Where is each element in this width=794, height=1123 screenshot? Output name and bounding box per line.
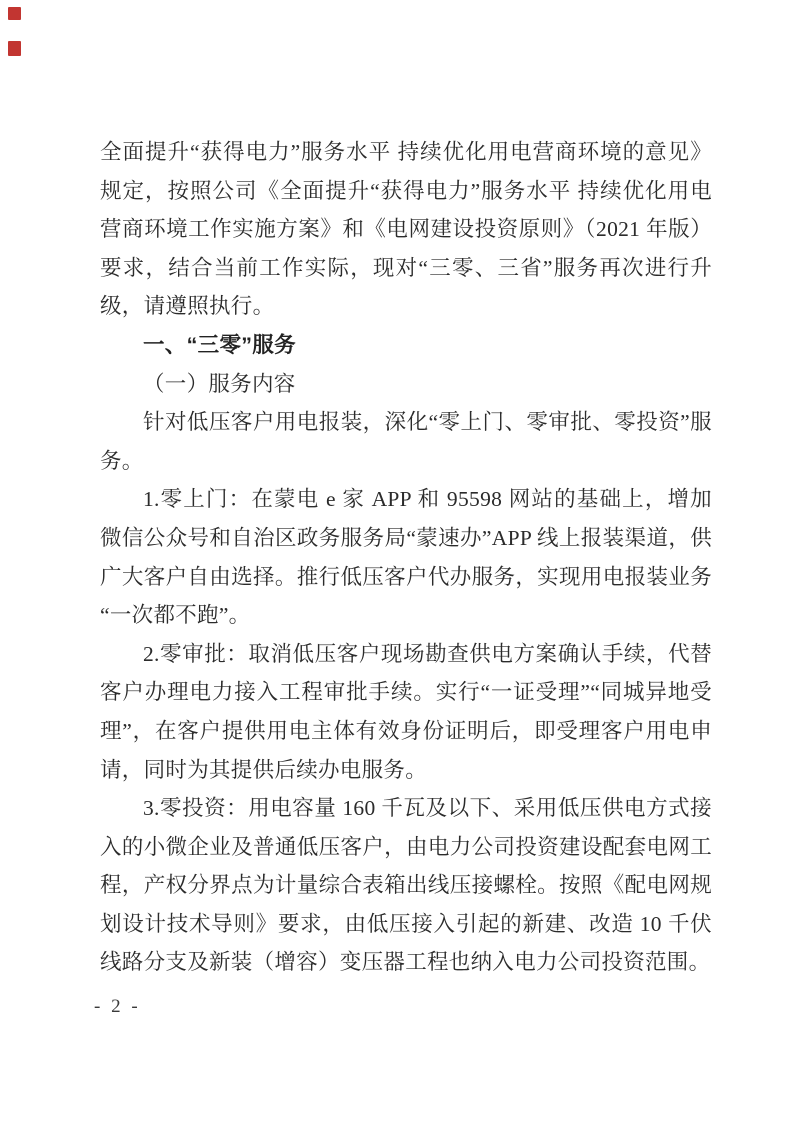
paragraph-service-content: 针对低压客户用电报装，深化“零上门、零审批、零投资”服务。 (100, 403, 712, 480)
document-body: 全面提升“获得电力”服务水平 持续优化用电营商环境的意见》规定，按照公司《全面提… (100, 133, 712, 982)
paragraph-zero-approval: 2.零审批：取消低压客户现场勘查供电方案确认手续，代替客户办理电力接入工程审批手… (100, 635, 712, 789)
subsection-heading-service-content: （一）服务内容 (100, 365, 712, 404)
paragraph-intro-continuation: 全面提升“获得电力”服务水平 持续优化用电营商环境的意见》规定，按照公司《全面提… (100, 133, 712, 326)
section-heading-three-zero-service: 一、“三零”服务 (100, 326, 712, 365)
document-page: 全面提升“获得电力”服务水平 持续优化用电营商环境的意见》规定，按照公司《全面提… (0, 0, 794, 1123)
paragraph-zero-investment: 3.零投资：用电容量 160 千瓦及以下、采用低压供电方式接入的小微企业及普通低… (100, 789, 712, 982)
page-footer: - 2 - (94, 996, 141, 1018)
red-corner-mark-bottom (8, 41, 21, 56)
paragraph-zero-visit: 1.零上门：在蒙电 e 家 APP 和 95598 网站的基础上，增加微信公众号… (100, 480, 712, 634)
page-number: - 2 - (94, 996, 141, 1017)
red-corner-mark-top (8, 7, 21, 20)
